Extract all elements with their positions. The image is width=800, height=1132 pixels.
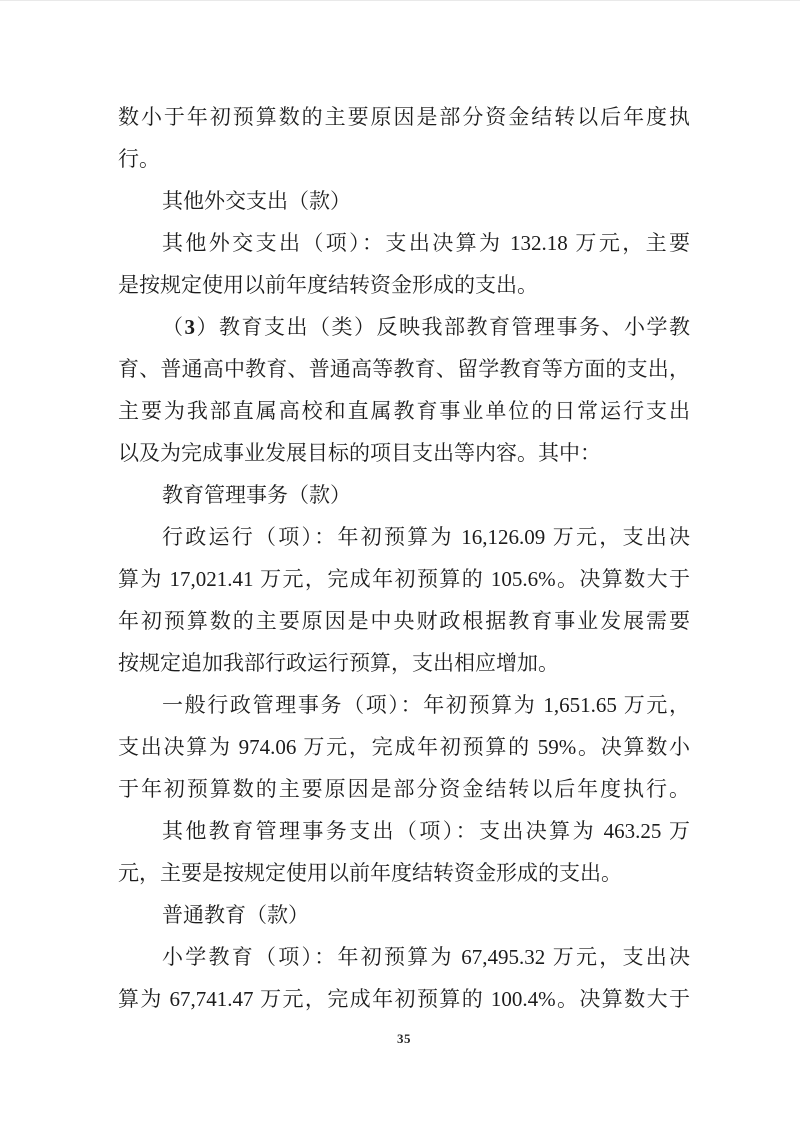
text-line: 按规定追加我部行政运行预算，支出相应增加。 xyxy=(118,642,690,684)
text-line: 小学教育（项）：年初预算为 67,495.32 万元，支出决 xyxy=(118,936,690,978)
text-line: 算为 67,741.47 万元，完成年初预算的 100.4%。决算数大于 xyxy=(118,978,690,1020)
text-line: 是按规定使用以前年度结转资金形成的支出。 xyxy=(118,264,690,306)
text-line: 以及为完成事业发展目标的项目支出等内容。其中： xyxy=(118,432,690,474)
text-line: 普通教育（款） xyxy=(118,894,690,936)
text-line: 元，主要是按规定使用以前年度结转资金形成的支出。 xyxy=(118,852,690,894)
text-line: 其他外交支出（项）：支出决算为 132.18 万元，主要 xyxy=(118,222,690,264)
page-number: 35 xyxy=(118,1031,690,1047)
text-line: 行。 xyxy=(118,138,690,180)
text-line: 算为 17,021.41 万元，完成年初预算的 105.6%。决算数大于 xyxy=(118,558,690,600)
text-line: 教育管理事务（款） xyxy=(118,474,690,516)
text-line: 行政运行（项）：年初预算为 16,126.09 万元，支出决 xyxy=(118,516,690,558)
text-line: （3）教育支出（类）反映我部教育管理事务、小学教 xyxy=(118,306,690,348)
text-line: 一般行政管理事务（项）：年初预算为 1,651.65 万元， xyxy=(118,684,690,726)
text-line: 育、普通高中教育、普通高等教育、留学教育等方面的支出， xyxy=(118,348,690,390)
text-run: ）教育支出（类）反映我部教育管理事务、小学教 xyxy=(195,315,690,339)
text-line: 其他教育管理事务支出（项）：支出决算为 463.25 万 xyxy=(118,810,690,852)
document-page: 数小于年初预算数的主要原因是部分资金结转以后年度执行。其他外交支出（款）其他外交… xyxy=(0,0,800,1132)
page-body: 数小于年初预算数的主要原因是部分资金结转以后年度执行。其他外交支出（款）其他外交… xyxy=(118,96,690,1020)
text-line: 其他外交支出（款） xyxy=(118,180,690,222)
text-run: （ xyxy=(162,315,185,339)
text-line: 支出决算为 974.06 万元，完成年初预算的 59%。决算数小 xyxy=(118,726,690,768)
text-line: 数小于年初预算数的主要原因是部分资金结转以后年度执 xyxy=(118,96,690,138)
text-line: 于年初预算数的主要原因是部分资金结转以后年度执行。 xyxy=(118,768,690,810)
bold-text-run: 3 xyxy=(185,315,196,339)
text-line: 年初预算数的主要原因是中央财政根据教育事业发展需要 xyxy=(118,600,690,642)
text-line: 主要为我部直属高校和直属教育事业单位的日常运行支出 xyxy=(118,390,690,432)
